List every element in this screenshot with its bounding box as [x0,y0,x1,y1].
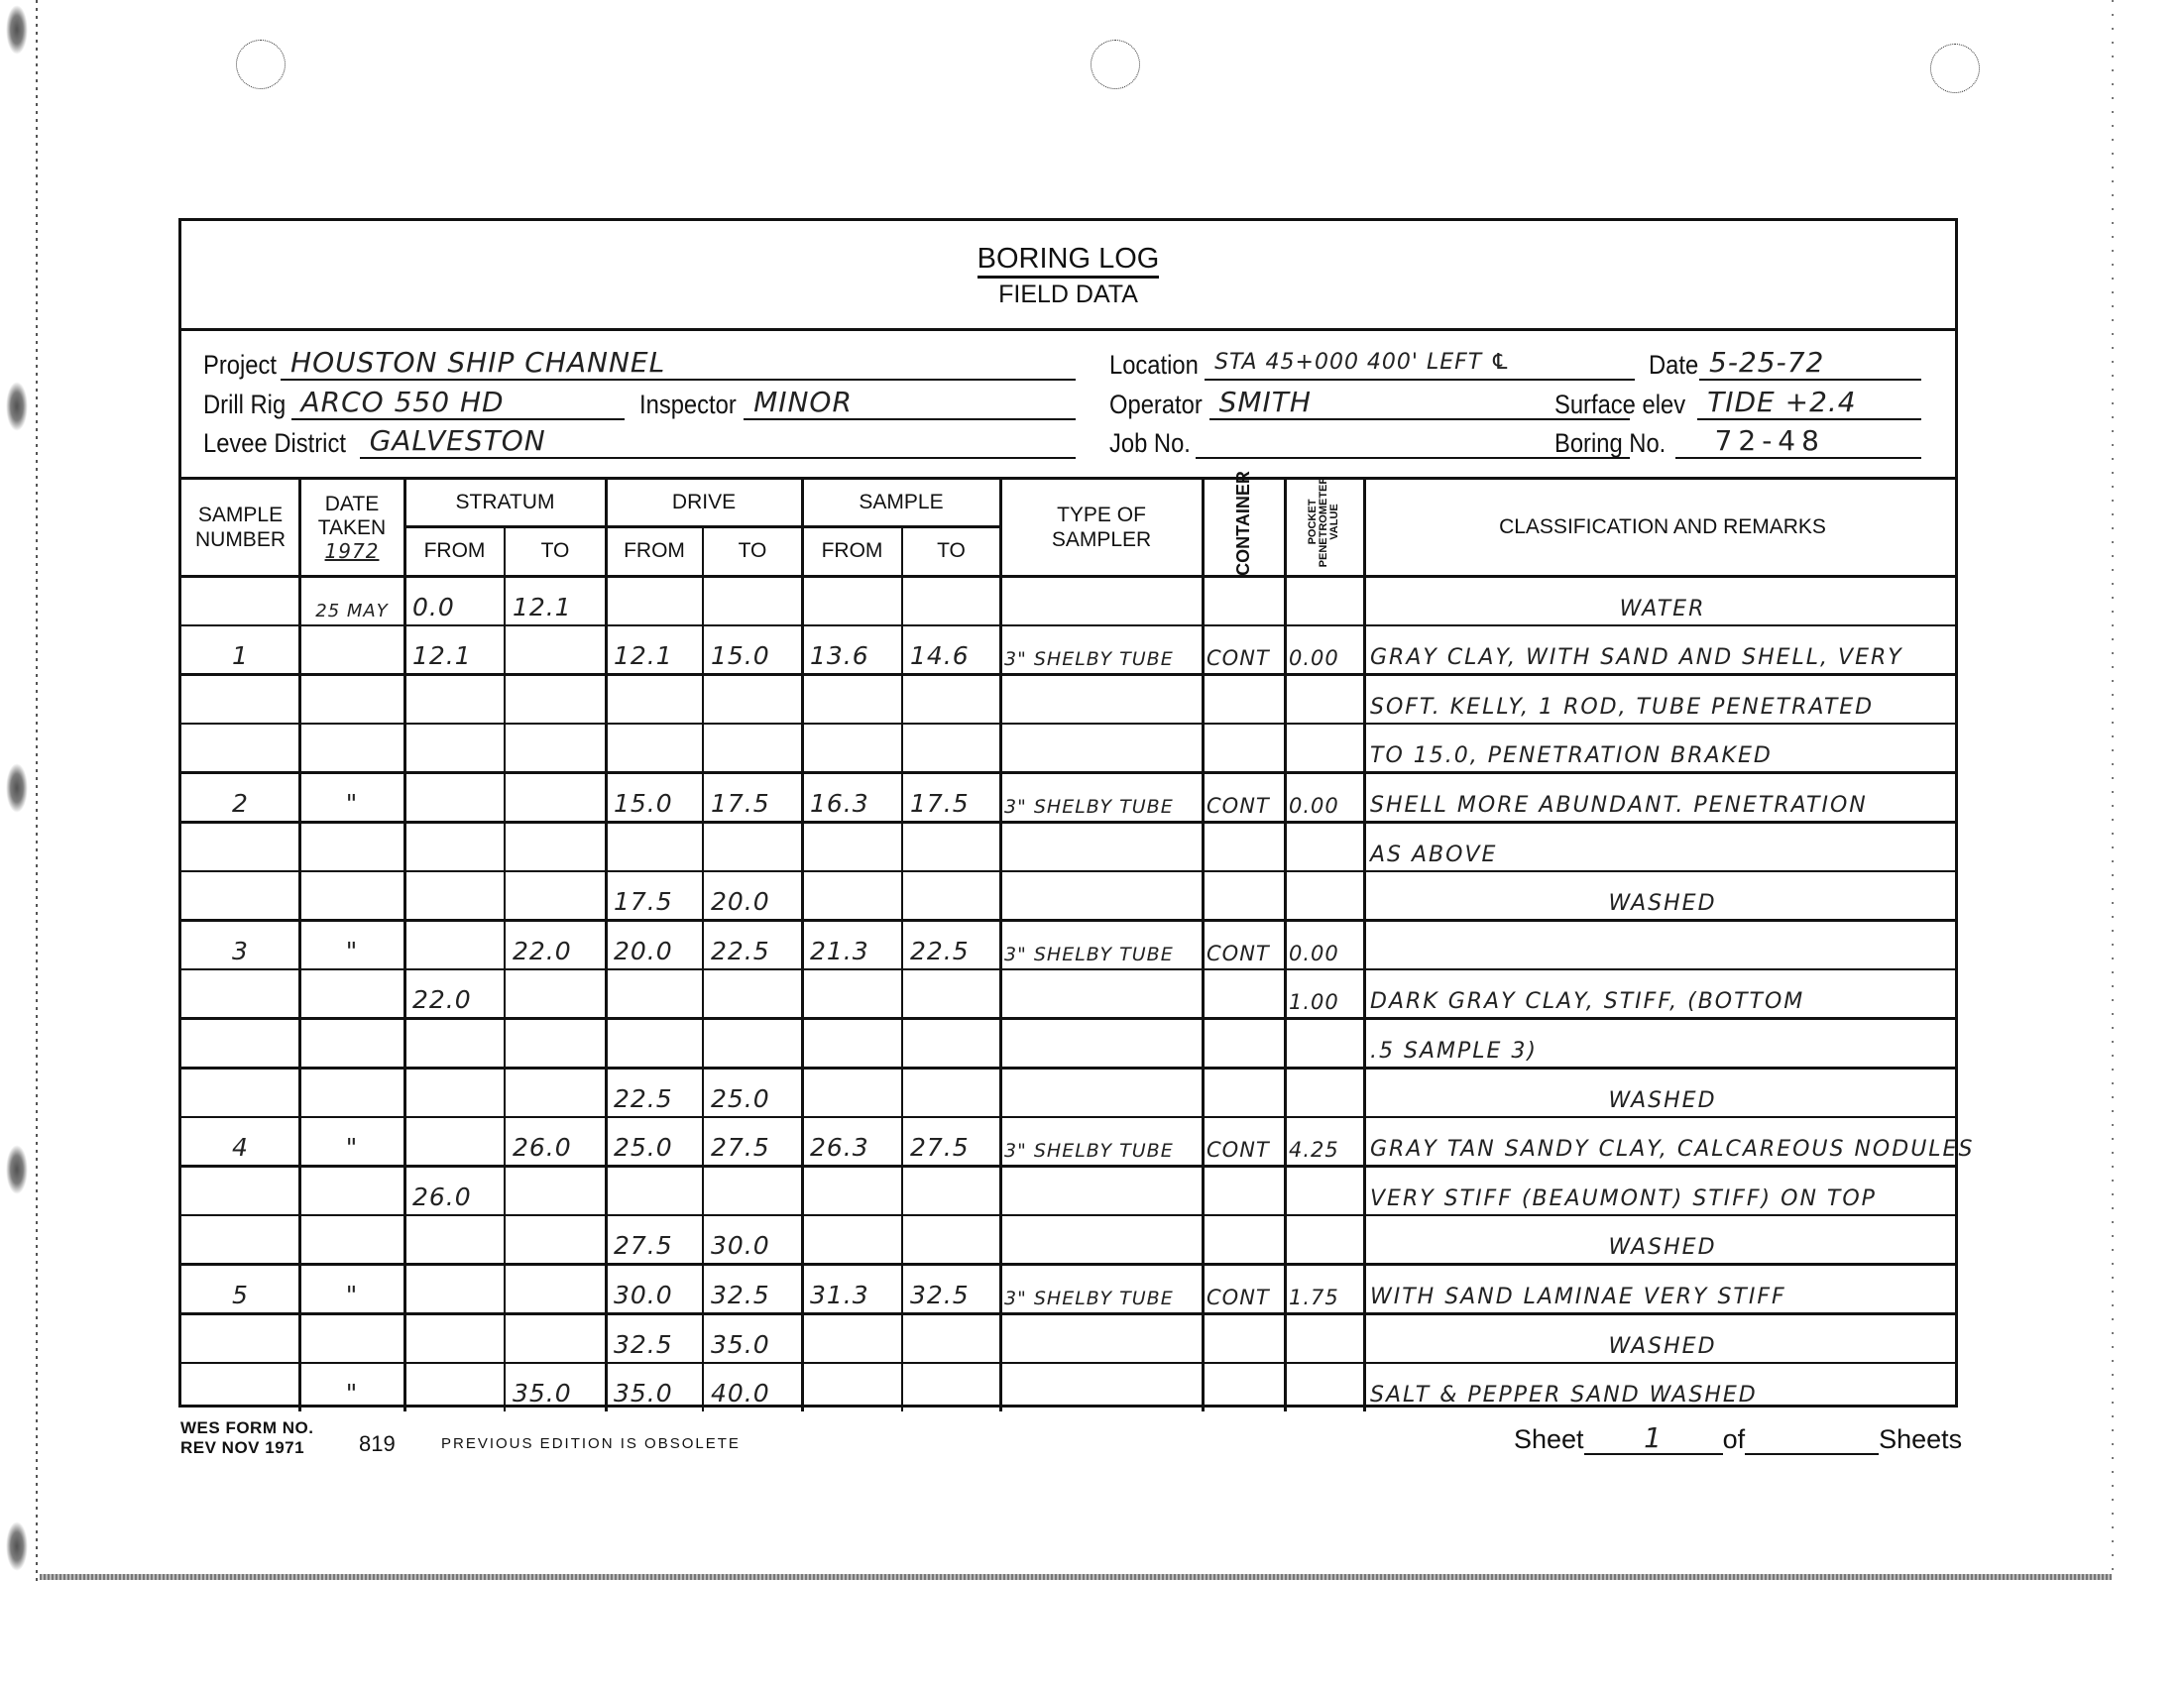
cell-drive-from[interactable]: 22.5 [606,1068,703,1117]
cell-drive-from[interactable] [606,1166,703,1215]
cell-drive-to[interactable] [703,1166,802,1215]
cell-sample-from[interactable] [802,1018,902,1068]
cell-date-taken[interactable]: " [299,1117,404,1167]
cell-sample-number[interactable]: 2 [181,772,299,822]
cell-container[interactable]: CONT [1203,920,1285,969]
cell-sample-to[interactable] [902,1313,1000,1363]
cell-remarks[interactable]: WATER [1364,576,1961,625]
grid-vline [403,480,406,1411]
cell-stratum-to[interactable] [505,724,606,773]
cell-stratum-to[interactable]: 35.0 [505,1363,606,1412]
col-header-sample-to: TO [902,526,1000,576]
cell-container[interactable]: CONT [1203,625,1285,675]
info-band: Project HOUSTON SHIP CHANNEL Drill Rig A… [181,331,1955,480]
cell-remarks[interactable]: WASHED [1364,871,1961,921]
cell-pocket-penetrometer[interactable]: 1.75 [1285,1264,1364,1313]
cell-stratum-to[interactable] [505,1166,606,1215]
cell-sample-from[interactable]: 16.3 [802,772,902,822]
sheet-counter: Sheet 1 of Sheets [1514,1423,1962,1455]
cell-drive-to[interactable] [703,822,802,871]
cell-date-taken[interactable] [299,724,404,773]
cell-drive-to[interactable] [703,1018,802,1068]
form-subtitle: FIELD DATA [181,281,1955,309]
cell-pocket-penetrometer[interactable]: 0.00 [1285,772,1364,822]
cell-stratum-to[interactable]: 26.0 [505,1117,606,1167]
col-header-date-taken: DATE TAKEN 1972 [299,480,404,576]
cell-pocket-penetrometer[interactable] [1285,822,1364,871]
grid-vline [298,480,301,1411]
cell-sampler-type[interactable] [1000,674,1203,724]
cell-container[interactable] [1203,969,1285,1019]
cell-sample-from[interactable] [802,674,902,724]
cell-stratum-from[interactable] [404,871,505,921]
binder-mark [6,1521,28,1571]
grid-hline [181,821,1958,824]
cell-remarks[interactable]: VERY STIFF (BEAUMONT) STIFF) ON TOP [1364,1166,1961,1215]
grid-hline [181,771,1958,774]
cell-drive-from[interactable]: 25.0 [606,1117,703,1167]
sheet-number-input[interactable]: 1 [1584,1423,1723,1455]
form-number: 819 [359,1431,396,1457]
cell-sampler-type[interactable] [1000,1068,1203,1117]
cell-container[interactable] [1203,1215,1285,1265]
cell-sample-from[interactable]: 13.6 [802,625,902,675]
grid-hline [181,1165,1958,1168]
cell-drive-from[interactable] [606,576,703,625]
cell-sample-to[interactable] [902,674,1000,724]
cell-sample-number[interactable]: 5 [181,1264,299,1313]
cell-stratum-to[interactable] [505,674,606,724]
cell-pocket-penetrometer[interactable] [1285,724,1364,773]
grid-hline [181,624,1958,627]
cell-container[interactable] [1203,871,1285,921]
cell-date-taken[interactable]: 25 MAY [299,576,404,625]
cell-container[interactable] [1203,1018,1285,1068]
cell-container[interactable]: CONT [1203,1264,1285,1313]
cell-sample-to[interactable]: 14.6 [902,625,1000,675]
cell-drive-to[interactable]: 40.0 [703,1363,802,1412]
cell-pocket-penetrometer[interactable] [1285,674,1364,724]
cell-remarks[interactable]: WASHED [1364,1068,1961,1117]
cell-pocket-penetrometer[interactable]: 0.00 [1285,920,1364,969]
grid-hline [181,1067,1958,1070]
cell-drive-from[interactable] [606,822,703,871]
page-edge-right [2112,0,2114,1581]
cell-sample-to[interactable] [902,724,1000,773]
cell-sample-from[interactable] [802,969,902,1019]
cell-sample-number[interactable]: 1 [181,625,299,675]
cell-pocket-penetrometer[interactable]: 1.00 [1285,969,1364,1019]
inspector-input[interactable]: MINOR [744,387,1076,420]
cell-container[interactable] [1203,1313,1285,1363]
cell-drive-to[interactable]: 17.5 [703,772,802,822]
cell-pocket-penetrometer[interactable] [1285,1068,1364,1117]
grid-hline [181,968,1958,971]
cell-sample-to[interactable]: 27.5 [902,1117,1000,1167]
cell-stratum-to[interactable] [505,1264,606,1313]
cell-sample-to[interactable]: 22.5 [902,920,1000,969]
cell-drive-to[interactable]: 25.0 [703,1068,802,1117]
boring-log-form: BORING LOG FIELD DATA Project HOUSTON SH… [178,218,1958,1408]
cell-drive-from[interactable]: 32.5 [606,1313,703,1363]
boring-no-input[interactable]: 72-48 [1675,425,1921,459]
col-header-drive: DRIVE [606,480,802,526]
cell-stratum-to[interactable] [505,871,606,921]
cell-container[interactable] [1203,724,1285,773]
cell-drive-from[interactable] [606,969,703,1019]
cell-drive-to[interactable]: 30.0 [703,1215,802,1265]
cell-date-taken[interactable] [299,1068,404,1117]
cell-drive-from[interactable]: 15.0 [606,772,703,822]
cell-stratum-to[interactable] [505,1068,606,1117]
cell-remarks[interactable]: .5 SAMPLE 3) [1364,1018,1961,1068]
cell-sampler-type[interactable] [1000,822,1203,871]
job-no-field: Job No. [1109,425,1630,459]
col-header-sample-from: FROM [802,526,902,576]
cell-container[interactable] [1203,1166,1285,1215]
grid-hline [181,1312,1958,1315]
cell-date-taken[interactable] [299,1166,404,1215]
cell-drive-to[interactable]: 32.5 [703,1264,802,1313]
page-edge-left [36,0,38,1581]
cell-sample-number[interactable] [181,871,299,921]
cell-sample-from[interactable] [802,1068,902,1117]
cell-remarks[interactable]: TO 15.0, PENETRATION BRAKED [1364,724,1961,773]
cell-sample-to[interactable] [902,1068,1000,1117]
punch-hole-left [236,40,286,89]
grid-hline [181,723,1958,726]
boring-no-field: Boring No. 72-48 [1554,425,1921,459]
cell-date-taken[interactable] [299,674,404,724]
cell-stratum-to[interactable] [505,1018,606,1068]
cell-sample-number[interactable]: 4 [181,1117,299,1167]
grid-vline [801,480,804,1411]
cell-drive-to[interactable]: 20.0 [703,871,802,921]
cell-remarks[interactable]: WASHED [1364,1215,1961,1265]
cell-drive-to[interactable] [703,674,802,724]
grid-hline [181,673,1958,676]
cell-container[interactable] [1203,822,1285,871]
cell-pocket-penetrometer[interactable] [1285,576,1364,625]
cell-stratum-to[interactable] [505,1215,606,1265]
cell-container[interactable]: CONT [1203,772,1285,822]
cell-drive-to[interactable] [703,724,802,773]
grid-hline [181,575,1958,578]
col-header-stratum-from: FROM [404,526,505,576]
cell-pocket-penetrometer[interactable]: 4.25 [1285,1117,1364,1167]
cell-stratum-from[interactable] [404,772,505,822]
cell-sample-from[interactable]: 26.3 [802,1117,902,1167]
cell-sample-from[interactable] [802,871,902,921]
punch-hole-right [1930,44,1980,93]
cell-sampler-type[interactable] [1000,1215,1203,1265]
grid-hline [181,1362,1958,1365]
cell-sampler-type[interactable]: 3" SHELBY TUBE [1000,1117,1203,1167]
cell-remarks[interactable]: WASHED [1364,1313,1961,1363]
cell-sample-number[interactable] [181,576,299,625]
col-header-container: CONTAINER [1203,480,1285,576]
cell-sample-from[interactable]: 21.3 [802,920,902,969]
cell-date-taken[interactable] [299,822,404,871]
cell-date-taken[interactable] [299,625,404,675]
cell-sample-from[interactable] [802,576,902,625]
col-header-drive-from: FROM [606,526,703,576]
cell-sample-from[interactable] [802,822,902,871]
binder-mark [6,5,28,55]
cell-stratum-from[interactable] [404,1215,505,1265]
col-header-sample: SAMPLE [802,480,1000,526]
cell-stratum-to[interactable] [505,1313,606,1363]
cell-sample-to[interactable] [902,1363,1000,1412]
cell-sample-to[interactable]: 32.5 [902,1264,1000,1313]
date-field: Date 5-25-72 [1649,347,1921,381]
cell-sample-from[interactable] [802,724,902,773]
cell-stratum-to[interactable]: 22.0 [505,920,606,969]
cell-drive-from[interactable] [606,1018,703,1068]
cell-stratum-from[interactable] [404,920,505,969]
cell-sample-from[interactable]: 31.3 [802,1264,902,1313]
cell-remarks[interactable]: GRAY TAN SANDY CLAY, CALCAREOUS NODULES [1364,1117,1961,1167]
cell-stratum-from[interactable] [404,674,505,724]
form-title: BORING LOG [181,243,1955,276]
surface-elev-input[interactable]: TIDE +2.4 [1697,387,1921,420]
grid-hline [181,1116,1958,1119]
title-band: BORING LOG FIELD DATA [181,221,1955,331]
grid-vline [1363,480,1366,1411]
grid-hline [181,1214,1958,1217]
levee-district-input[interactable]: GALVESTON [360,425,1076,459]
cell-stratum-from[interactable] [404,1117,505,1167]
cell-remarks[interactable]: SALT & PEPPER SAND WASHED [1364,1363,1961,1412]
cell-sampler-type[interactable]: 3" SHELBY TUBE [1000,1264,1203,1313]
cell-container[interactable] [1203,576,1285,625]
cell-container[interactable] [1203,1068,1285,1117]
cell-sampler-type[interactable]: 3" SHELBY TUBE [1000,625,1203,675]
cell-drive-to[interactable] [703,576,802,625]
cell-date-taken[interactable] [299,969,404,1019]
cell-sampler-type[interactable] [1000,1363,1203,1412]
location-input[interactable]: STA 45+000 400' LEFT ℄ [1205,347,1635,381]
cell-drive-to[interactable]: 27.5 [703,1117,802,1167]
location-field: Location STA 45+000 400' LEFT ℄ [1109,347,1635,381]
cell-pocket-penetrometer[interactable] [1285,1313,1364,1363]
cell-sampler-type[interactable]: 3" SHELBY TUBE [1000,772,1203,822]
project-field: Project HOUSTON SHIP CHANNEL [203,347,1076,381]
cell-sample-to[interactable] [902,1166,1000,1215]
col-header-type-of-sampler: TYPE OF SAMPLER [1000,480,1203,576]
binder-mark [6,1145,28,1194]
total-sheets-input[interactable] [1745,1423,1879,1455]
cell-sample-number[interactable] [181,1363,299,1412]
cell-drive-to[interactable]: 35.0 [703,1313,802,1363]
levee-district-field: Levee District GALVESTON [203,425,1076,459]
cell-sample-number[interactable] [181,1018,299,1068]
grid-vline [1202,480,1205,1411]
cell-date-taken[interactable]: " [299,1363,404,1412]
cell-remarks[interactable]: GRAY CLAY, WITH SAND AND SHELL, VERY [1364,625,1961,675]
cell-stratum-to[interactable] [505,822,606,871]
cell-stratum-from[interactable] [404,1018,505,1068]
drill-rig-field: Drill Rig ARCO 550 HD [203,387,625,420]
cell-pocket-penetrometer[interactable] [1285,1166,1364,1215]
obsolete-note: PREVIOUS EDITION IS OBSOLETE [441,1435,741,1452]
cell-sample-number[interactable] [181,969,299,1019]
cell-sampler-type[interactable] [1000,969,1203,1019]
cell-sampler-type[interactable] [1000,576,1203,625]
cell-drive-to[interactable]: 15.0 [703,625,802,675]
cell-remarks[interactable]: DARK GRAY CLAY, STIFF, (BOTTOM [1364,969,1961,1019]
col-header-sample-number: SAMPLE NUMBER [181,480,299,576]
cell-sample-number[interactable] [181,724,299,773]
cell-sample-number[interactable] [181,822,299,871]
cell-drive-from[interactable]: 20.0 [606,920,703,969]
grid-vline [999,480,1002,1411]
cell-sample-number[interactable] [181,1313,299,1363]
cell-container[interactable] [1203,674,1285,724]
cell-stratum-from[interactable]: 22.0 [404,969,505,1019]
cell-remarks[interactable]: SOFT. KELLY, 1 ROD, TUBE PENETRATED [1364,674,1961,724]
cell-pocket-penetrometer[interactable]: 0.00 [1285,625,1364,675]
cell-pocket-penetrometer[interactable] [1285,1363,1364,1412]
page-edge-bottom [40,1574,2112,1580]
cell-stratum-to[interactable] [505,969,606,1019]
cell-sample-number[interactable] [181,1068,299,1117]
cell-date-taken[interactable] [299,871,404,921]
cell-drive-to[interactable]: 22.5 [703,920,802,969]
cell-sampler-type[interactable] [1000,724,1203,773]
cell-container[interactable] [1203,1363,1285,1412]
col-header-drive-to: TO [703,526,802,576]
cell-remarks[interactable]: WITH SAND LAMINAE VERY STIFF [1364,1264,1961,1313]
cell-drive-from[interactable]: 30.0 [606,1264,703,1313]
surface-elev-field: Surface elev TIDE +2.4 [1554,387,1921,420]
binder-mark [6,763,28,813]
cell-stratum-to[interactable] [505,625,606,675]
cell-date-taken[interactable]: " [299,1264,404,1313]
cell-sample-number[interactable] [181,1166,299,1215]
cell-date-taken[interactable] [299,1018,404,1068]
cell-sample-to[interactable]: 17.5 [902,772,1000,822]
grid-vline [1284,480,1287,1411]
cell-sample-to[interactable] [902,969,1000,1019]
cell-sample-number[interactable] [181,674,299,724]
binder-mark [6,382,28,431]
cell-date-taken[interactable]: " [299,920,404,969]
cell-drive-from[interactable]: 35.0 [606,1363,703,1412]
cell-stratum-to[interactable] [505,772,606,822]
cell-drive-from[interactable]: 12.1 [606,625,703,675]
cell-sample-from[interactable] [802,1313,902,1363]
cell-pocket-penetrometer[interactable] [1285,1018,1364,1068]
cell-stratum-from[interactable] [404,822,505,871]
grid-vline [605,480,608,1411]
cell-container[interactable]: CONT [1203,1117,1285,1167]
col-header-stratum: STRATUM [404,480,606,526]
cell-stratum-from[interactable] [404,724,505,773]
cell-pocket-penetrometer[interactable] [1285,1215,1364,1265]
cell-stratum-from[interactable]: 0.0 [404,576,505,625]
cell-remarks[interactable]: SHELL MORE ABUNDANT. PENETRATION [1364,772,1961,822]
grid-hline [181,870,1958,873]
cell-sampler-type[interactable] [1000,1018,1203,1068]
cell-sample-number[interactable]: 3 [181,920,299,969]
cell-sample-to[interactable] [902,1018,1000,1068]
date-input[interactable]: 5-25-72 [1699,347,1921,381]
cell-stratum-from[interactable] [404,1363,505,1412]
cell-sample-from[interactable] [802,1215,902,1265]
cell-stratum-from[interactable]: 26.0 [404,1166,505,1215]
cell-drive-from[interactable] [606,674,703,724]
punch-hole-center [1091,40,1140,89]
grid-hline [181,1263,1958,1266]
col-header-remarks: CLASSIFICATION AND REMARKS [1364,480,1961,576]
cell-pocket-penetrometer[interactable] [1285,871,1364,921]
inspector-field: Inspector MINOR [639,387,1076,420]
cell-remarks[interactable] [1364,920,1961,969]
cell-sample-from[interactable] [802,1363,902,1412]
cell-sampler-type[interactable] [1000,1313,1203,1363]
cell-date-taken[interactable]: " [299,772,404,822]
cell-drive-from[interactable]: 17.5 [606,871,703,921]
cell-stratum-from[interactable] [404,1068,505,1117]
cell-drive-to[interactable] [703,969,802,1019]
cell-sample-number[interactable] [181,1215,299,1265]
col-header-pocket-penetrometer: POCKET PENETROMETER VALUE [1285,480,1364,576]
cell-sample-from[interactable] [802,1166,902,1215]
col-header-stratum-to: TO [505,526,606,576]
cell-date-taken[interactable] [299,1313,404,1363]
cell-drive-from[interactable]: 27.5 [606,1215,703,1265]
cell-stratum-to[interactable]: 12.1 [505,576,606,625]
cell-sampler-type[interactable] [1000,871,1203,921]
cell-sampler-type[interactable] [1000,1166,1203,1215]
cell-stratum-from[interactable]: 12.1 [404,625,505,675]
grid-hline [181,1017,1958,1020]
project-input[interactable]: HOUSTON SHIP CHANNEL [281,347,1076,381]
cell-stratum-from[interactable] [404,1313,505,1363]
cell-sample-to[interactable] [902,576,1000,625]
form-number-label: WES FORM NO. REV NOV 1971 [180,1418,313,1458]
grid-hline [181,919,1958,922]
grid-hline [404,525,1000,528]
cell-sampler-type[interactable]: 3" SHELBY TUBE [1000,920,1203,969]
cell-drive-from[interactable] [606,724,703,773]
cell-remarks[interactable]: AS ABOVE [1364,822,1961,871]
drill-rig-input[interactable]: ARCO 550 HD [291,387,626,420]
cell-stratum-from[interactable] [404,1264,505,1313]
cell-sample-to[interactable] [902,871,1000,921]
cell-sample-to[interactable] [902,1215,1000,1265]
cell-sample-to[interactable] [902,822,1000,871]
cell-date-taken[interactable] [299,1215,404,1265]
operator-field: Operator SMITH [1109,387,1630,420]
